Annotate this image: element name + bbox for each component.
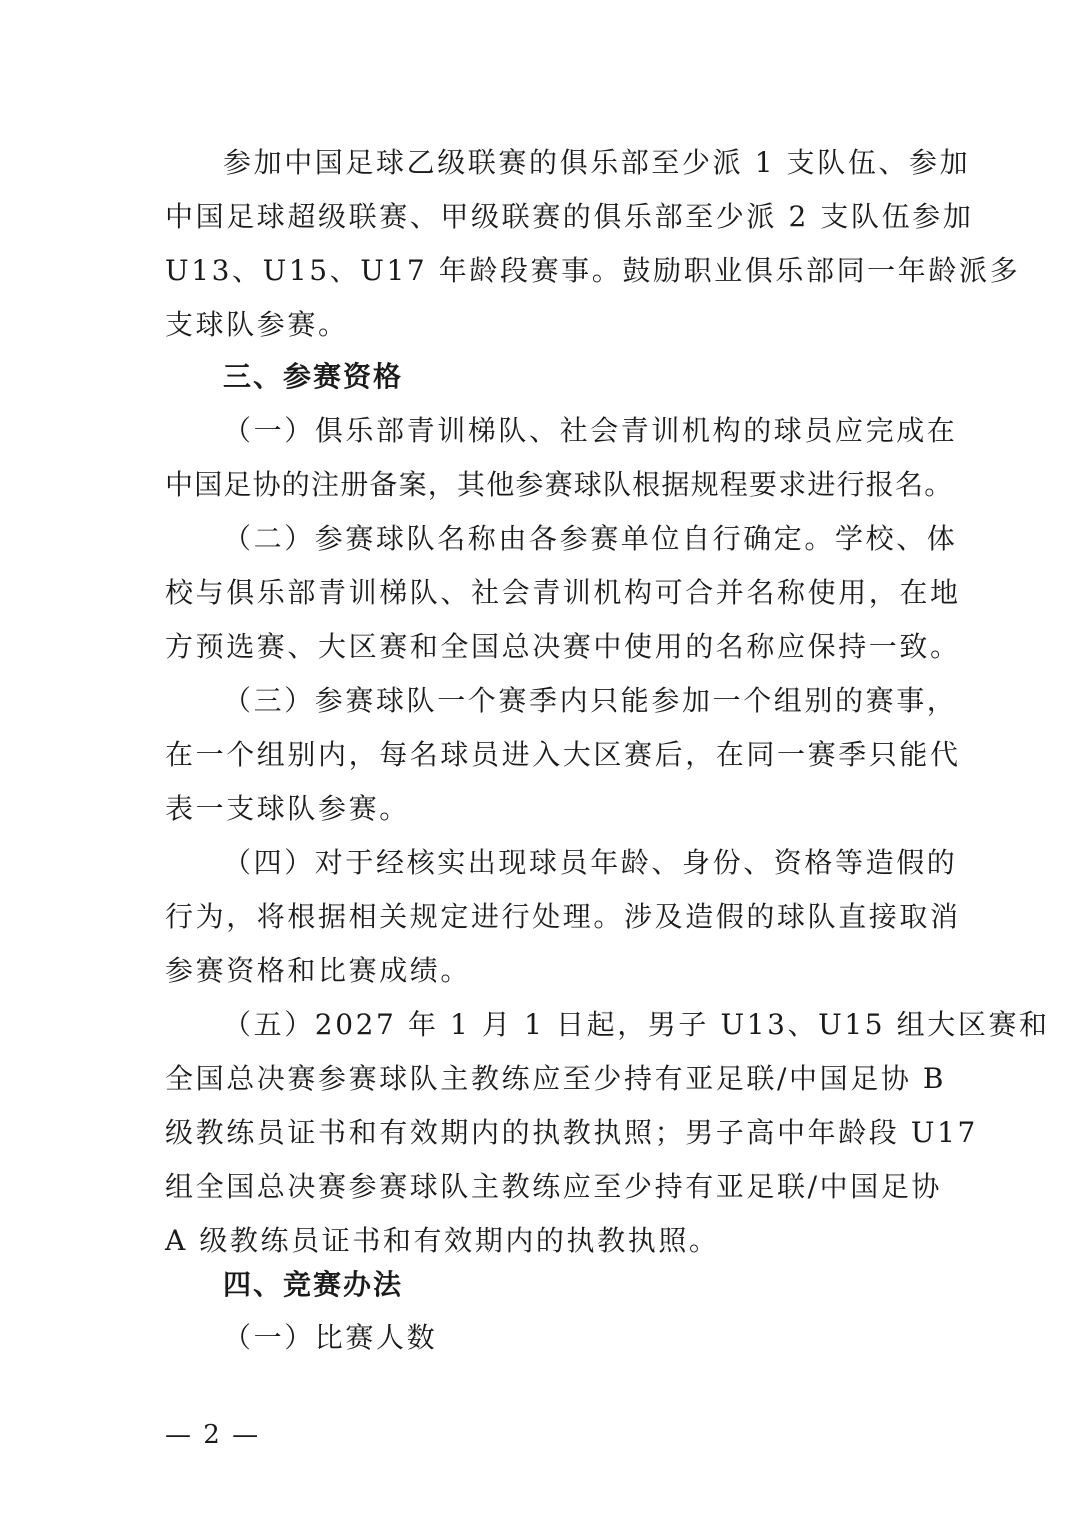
clause-5-line: 级教练员证书和有效期内的执教执照；男子高中年龄段 U17 xyxy=(165,1113,925,1153)
subheading-player-count: （一）比赛人数 xyxy=(223,1318,923,1358)
clause-2-line: 校与俱乐部青训梯队、社会青训机构可合并名称使用，在地 xyxy=(165,573,925,613)
page-number: — 2 — xyxy=(165,1418,260,1452)
section-heading-competition-method: 四、竞赛办法 xyxy=(223,1265,923,1305)
paragraph-line: 参加中国足球乙级联赛的俱乐部至少派 1 支队伍、参加 xyxy=(223,143,923,183)
clause-5-line: 组全国总决赛参赛球队主教练应至少持有亚足联/中国足协 xyxy=(165,1167,925,1207)
clause-4-line: 行为，将根据相关规定进行处理。涉及造假的球队直接取消 xyxy=(165,897,925,937)
clause-3-line: 在一个组别内，每名球员进入大区赛后，在同一赛季只能代 xyxy=(165,735,925,775)
clause-5-line: 全国总决赛参赛球队主教练应至少持有亚足联/中国足协 B xyxy=(165,1059,925,1099)
clause-5-line: （五）2027 年 1 月 1 日起，男子 U13、U15 组大区赛和 xyxy=(223,1005,923,1045)
clause-5-line: A 级教练员证书和有效期内的执教执照。 xyxy=(165,1221,925,1261)
clause-1-line: 中国足协的注册备案，其他参赛球队根据规程要求进行报名。 xyxy=(165,465,925,505)
clause-2-line: （二）参赛球队名称由各参赛单位自行确定。学校、体 xyxy=(223,519,923,559)
clause-2-line: 方预选赛、大区赛和全国总决赛中使用的名称应保持一致。 xyxy=(165,627,925,667)
paragraph-line: 中国足球超级联赛、甲级联赛的俱乐部至少派 2 支队伍参加 xyxy=(165,197,925,237)
clause-4-line: （四）对于经核实出现球员年龄、身份、资格等造假的 xyxy=(223,843,923,883)
clause-4-line: 参赛资格和比赛成绩。 xyxy=(165,951,925,991)
document-page: 参加中国足球乙级联赛的俱乐部至少派 1 支队伍、参加 中国足球超级联赛、甲级联赛… xyxy=(0,0,1080,1527)
paragraph-line: 支球队参赛。 xyxy=(165,305,925,345)
clause-3-line: （三）参赛球队一个赛季内只能参加一个组别的赛事， xyxy=(223,681,923,721)
paragraph-line: U13、U15、U17 年龄段赛事。鼓励职业俱乐部同一年龄派多 xyxy=(165,251,925,291)
section-heading-eligibility: 三、参赛资格 xyxy=(223,357,923,397)
clause-1-line: （一）俱乐部青训梯队、社会青训机构的球员应完成在 xyxy=(223,411,923,451)
clause-3-line: 表一支球队参赛。 xyxy=(165,789,925,829)
